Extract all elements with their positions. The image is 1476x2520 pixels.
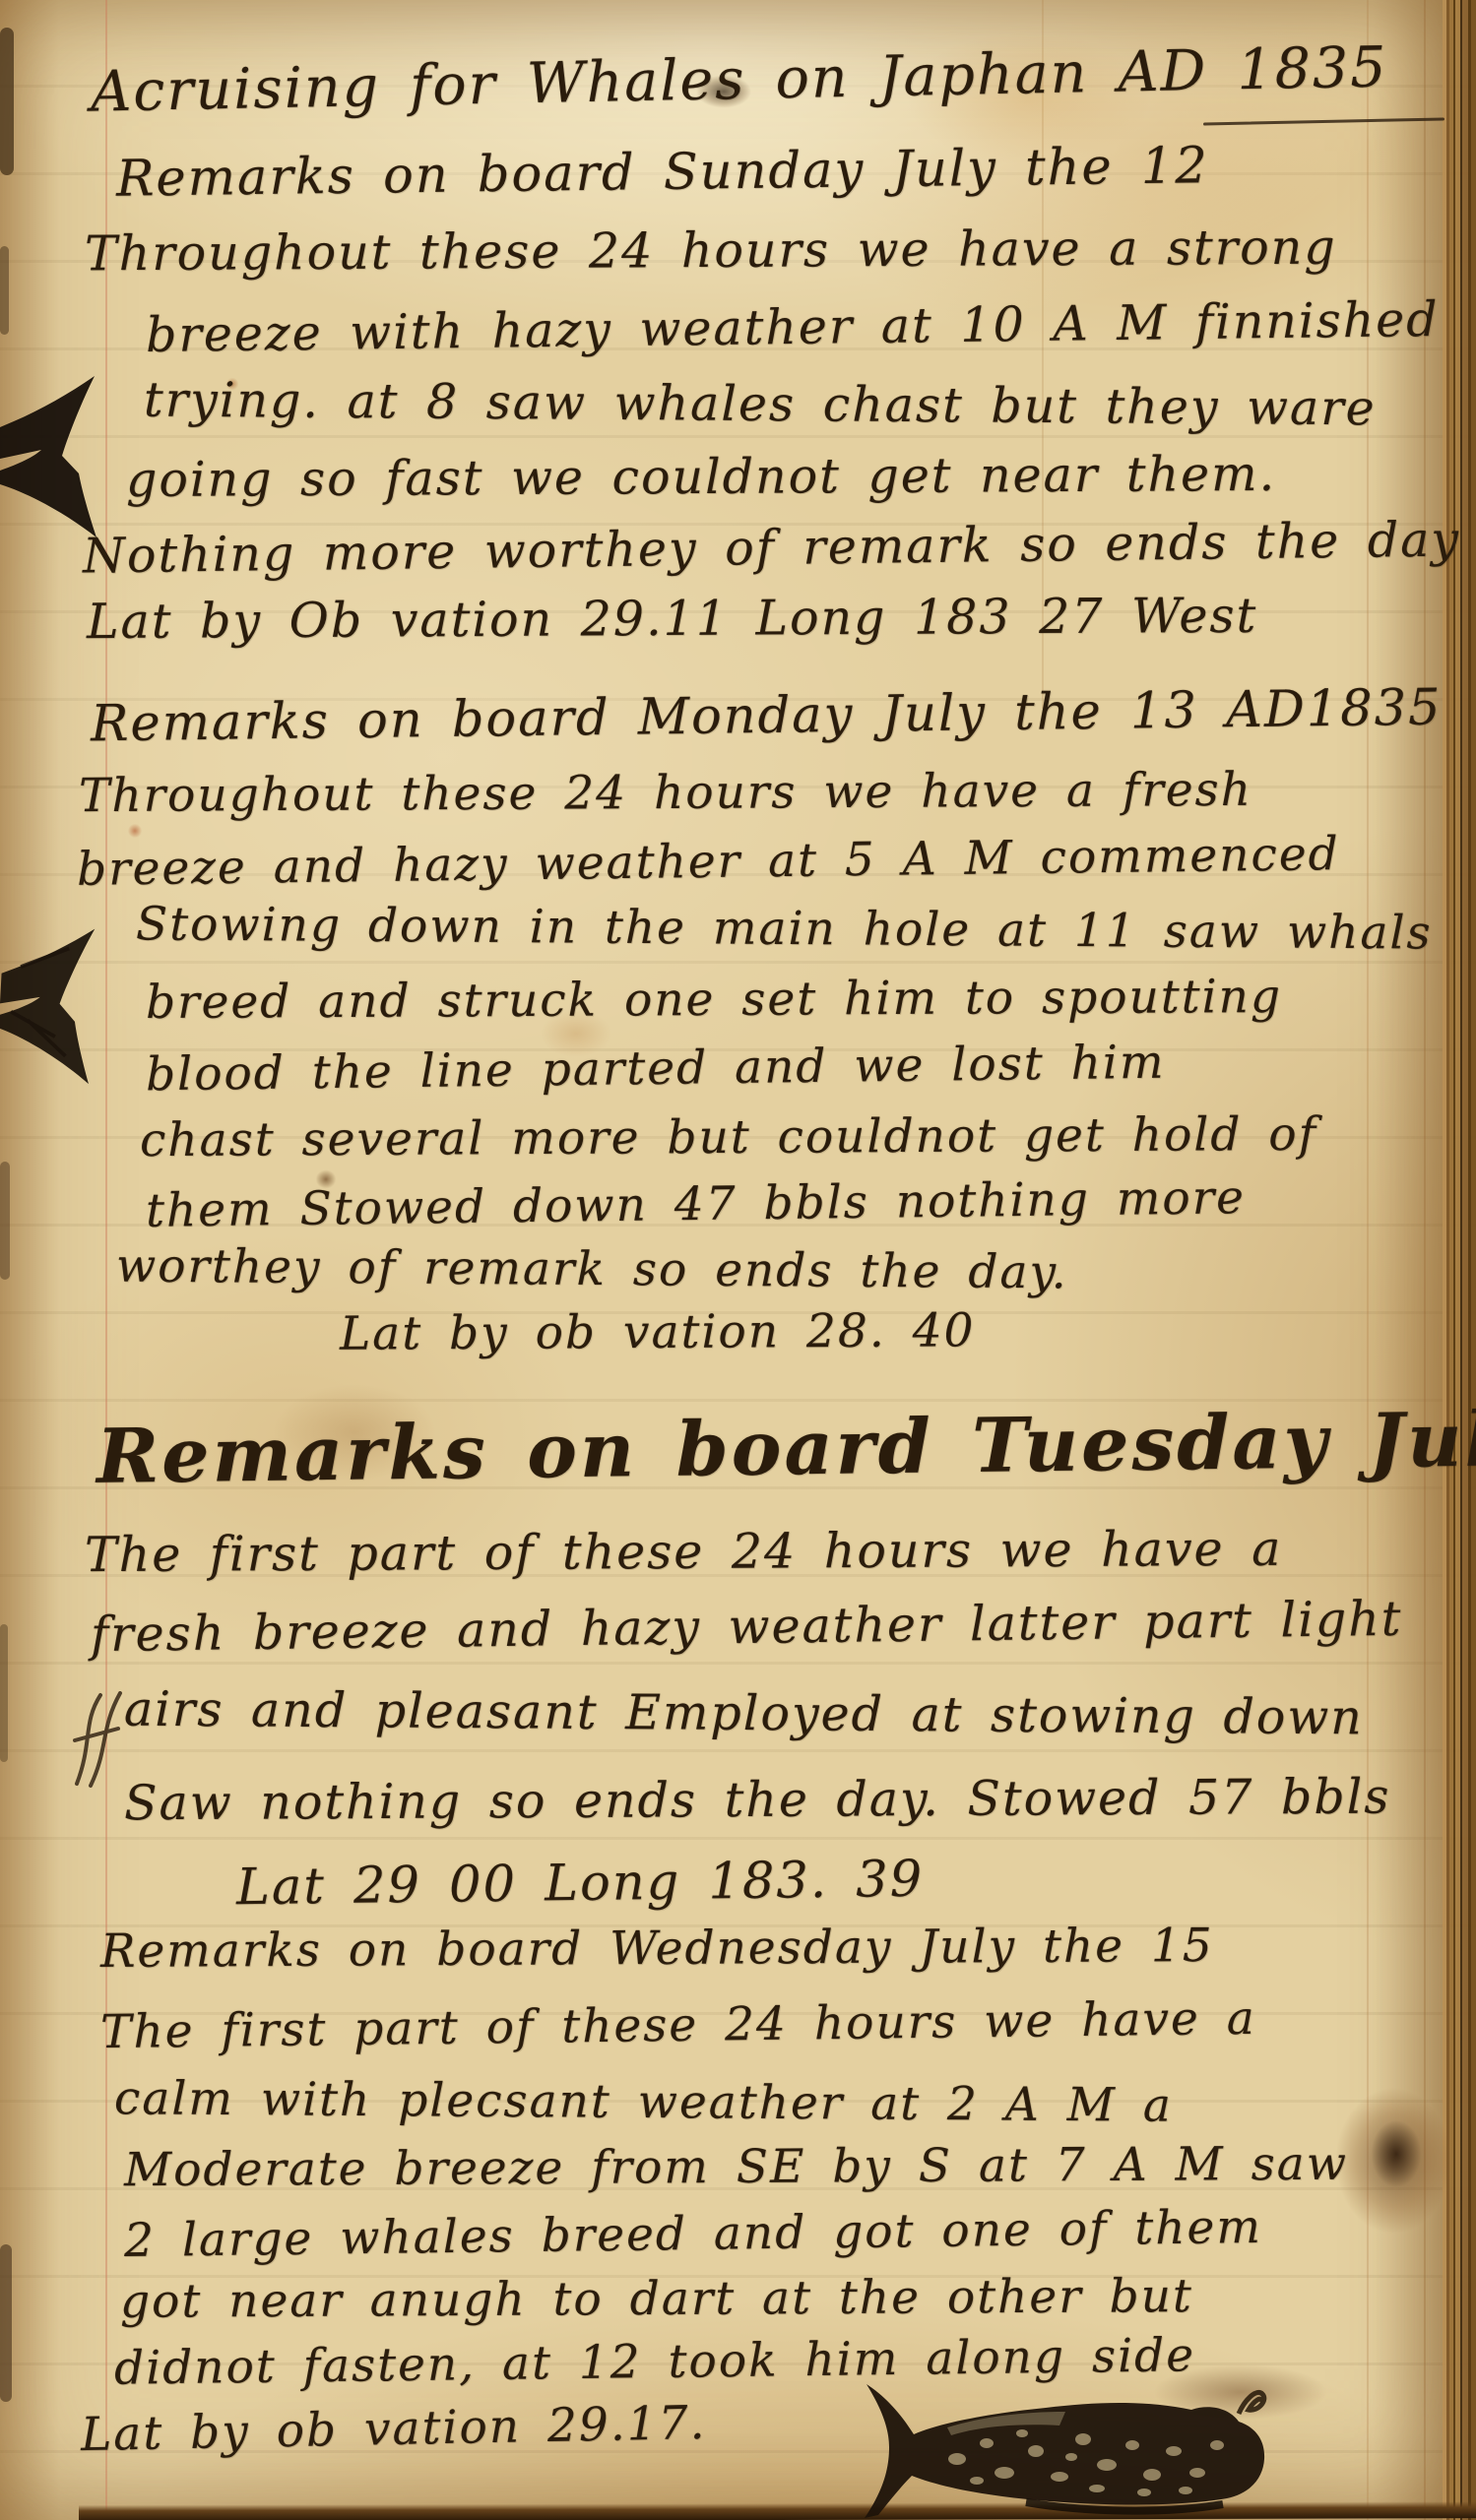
ink-smudge [1367, 2114, 1426, 2193]
edge-streak [0, 1624, 8, 1762]
page-edge-rule [1424, 0, 1426, 2520]
log-line: blood the line parted and we lost him [146, 1036, 1166, 1102]
log-line: breeze with hazy weather at 10 A M finni… [146, 291, 1440, 363]
log-line: Throughout these 24 hours we have a fres… [79, 763, 1252, 823]
squiggle-icon [69, 1691, 128, 1790]
whale-fluke-icon [0, 917, 96, 1091]
position-line: Lat by Ob vation 29.11 Long 183 27 West [87, 588, 1258, 650]
whale-fluke-icon [0, 372, 100, 541]
voyage-title: Acruising for Whales on Japhan AD 1835 [90, 34, 1388, 124]
log-line: Nothing more worthey of remark so ends t… [83, 511, 1461, 584]
left-margin-rule [105, 0, 107, 2520]
log-line: chast several more but couldnot get hold… [140, 1107, 1317, 1167]
log-line: got near anugh to dart at the other but [120, 2269, 1193, 2329]
entry-heading: Remarks on board Monday July the 13 AD18… [91, 679, 1443, 754]
edge-streak [0, 246, 9, 335]
entry-heading: Remarks on board Sunday July the 12 [116, 137, 1209, 209]
log-line: trying. at 8 saw whales chast but they w… [144, 372, 1377, 437]
log-line: airs and pleasant Employed at stowing do… [124, 1681, 1364, 1746]
logbook-page: Acruising for Whales on Japhan AD 1835 R… [0, 0, 1476, 2520]
log-line: fresh breeze and hazy weather latter par… [91, 1591, 1403, 1663]
stain [126, 822, 144, 840]
entry-heading: Remarks on board Wednesday July the 15 [100, 1919, 1214, 1979]
log-line: 2 large whales breed and got one of them [124, 2200, 1262, 2268]
log-line: Throughout these 24 hours we have a stro… [85, 220, 1337, 283]
log-line: breed and struck one set him to spouttin… [146, 970, 1282, 1030]
log-line: The first part of these 24 hours we have… [85, 1521, 1283, 1583]
log-line: Moderate breeze from SE by S at 7 A M sa… [124, 2137, 1348, 2198]
log-line: them Stowed down 47 bbls nothing more [146, 1170, 1247, 1238]
sperm-whale-stamp [849, 2382, 1278, 2520]
whale-fluke-stamp [0, 917, 96, 1091]
book-binding-edge [1443, 0, 1476, 2520]
log-line: breeze and hazy weather at 5 A M commenc… [77, 827, 1340, 897]
log-line: going so fast we couldnot get near them. [126, 446, 1276, 508]
position-line: Lat by ob vation 29.17. [81, 2396, 707, 2462]
log-line: Stowing down in the main hole at 11 saw … [136, 897, 1433, 960]
edge-streak [0, 2244, 12, 2402]
margin-squiggle [69, 1691, 128, 1790]
log-line: Saw nothing so ends the day. Stowed 57 b… [124, 1769, 1391, 1832]
edge-streak [0, 1162, 10, 1280]
title-dash-rule [1203, 117, 1444, 125]
edge-streak [0, 28, 14, 175]
sperm-whale-icon [849, 2382, 1278, 2520]
log-line: calm with plecsant weather at 2 A M a [114, 2071, 1173, 2133]
log-line: worthey of remark so ends the day. [116, 1239, 1068, 1300]
entry-heading: Remarks on board Tuesday July 14 [96, 1393, 1476, 1500]
position-line: Lat by ob vation 28. 40 [340, 1303, 976, 1360]
position-line: Lat 29 00 Long 183. 39 [236, 1851, 925, 1918]
right-margin-rule [1367, 0, 1369, 2520]
log-line: The first part of these 24 hours we have… [100, 1991, 1256, 2059]
whale-fluke-stamp [0, 372, 100, 541]
